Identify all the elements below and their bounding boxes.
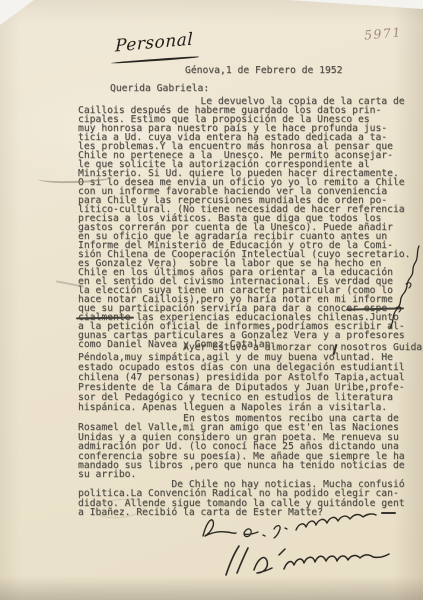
closing-scrawl (200, 512, 378, 544)
personal-underline-stroke (111, 56, 199, 64)
paragraph-visitors: Ayer estuvo a almorzar con nosotros Guid… (78, 343, 422, 413)
pen-dash-mark (381, 512, 396, 514)
scan-corner-top-left (0, 0, 34, 25)
salutation: Querida Gabriela: (110, 84, 209, 94)
signature-scrawl (216, 542, 398, 582)
archive-number: 5971 (363, 24, 402, 42)
dateline: Génova,1 de Febrero de 1952 (185, 66, 342, 76)
margin-note-scrawl (384, 242, 422, 330)
personal-annotation: Personal (115, 30, 193, 57)
scan-corner-top-right (288, 0, 423, 9)
paragraph-unesco-proposal: Le devuelvo la copia de la carta de Cail… (78, 97, 410, 349)
scanned-letter: 5971 Personal Génova,1 de Febrero de 195… (0, 0, 423, 600)
letter-paper: 5971 Personal Génova,1 de Febrero de 195… (0, 0, 423, 600)
